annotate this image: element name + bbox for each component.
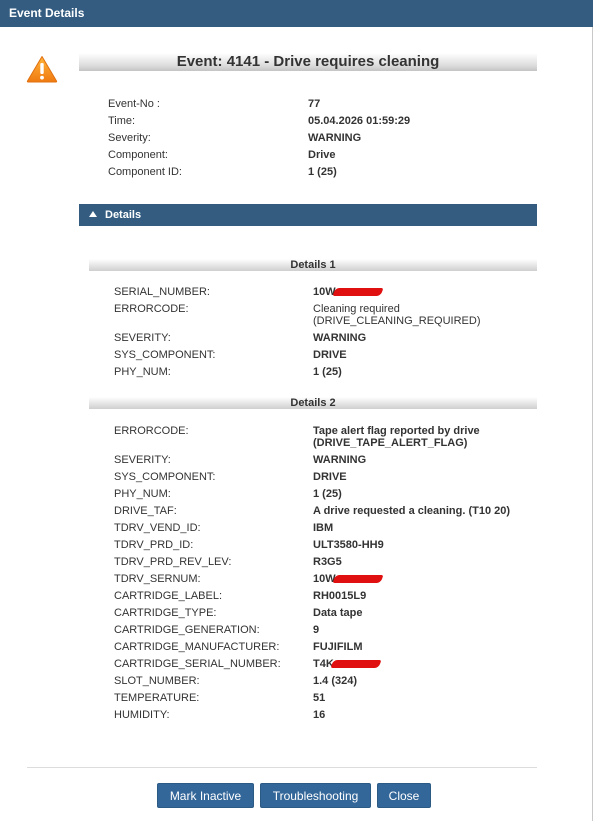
detail-label: CARTRIDGE_LABEL: bbox=[114, 590, 313, 602]
detail-label: PHY_NUM: bbox=[114, 366, 313, 378]
detail-row: SYS_COMPONENT:DRIVE bbox=[114, 349, 533, 366]
detail-row: CARTRIDGE_LABEL:RH0015L9 bbox=[114, 590, 533, 607]
detail-value-text: RH0015L9 bbox=[313, 590, 366, 602]
detail-value-text: 51 bbox=[313, 692, 325, 704]
detail-label: TDRV_SERNUM: bbox=[114, 573, 313, 585]
detail-label: CARTRIDGE_GENERATION: bbox=[114, 624, 313, 636]
detail-value: DRIVE bbox=[313, 349, 533, 361]
event-title: Event: 4141 - Drive requires cleaning bbox=[79, 53, 537, 71]
time-row: Time: 05.04.2026 01:59:29 bbox=[108, 113, 410, 130]
detail-label: ERRORCODE: bbox=[114, 425, 313, 449]
detail-row: HUMIDITY:16 bbox=[114, 709, 533, 726]
detail-row: CARTRIDGE_MANUFACTURER:FUJIFILM bbox=[114, 641, 533, 658]
detail-value: Cleaning required(DRIVE_CLEANING_REQUIRE… bbox=[313, 303, 533, 327]
close-button[interactable]: Close bbox=[377, 783, 431, 808]
detail-row: SYS_COMPONENT:DRIVE bbox=[114, 471, 533, 488]
detail-value-code: (DRIVE_TAPE_ALERT_FLAG) bbox=[313, 437, 467, 449]
troubleshooting-button[interactable]: Troubleshooting bbox=[260, 783, 371, 808]
detail-value: 10W bbox=[313, 573, 533, 585]
detail-value: T4K bbox=[313, 658, 533, 670]
detail-value: 1 (25) bbox=[313, 488, 533, 500]
severity-value: WARNING bbox=[308, 130, 361, 147]
detail-label: DRIVE_TAF: bbox=[114, 505, 313, 517]
detail-label: HUMIDITY: bbox=[114, 709, 313, 721]
field-label: Component ID: bbox=[108, 164, 308, 181]
details-2-list: ERRORCODE:Tape alert flag reported by dr… bbox=[114, 425, 533, 726]
detail-value-text: 1 (25) bbox=[313, 366, 342, 378]
detail-label: ERRORCODE: bbox=[114, 303, 313, 327]
detail-value: 16 bbox=[313, 709, 533, 721]
event-number-row: Event-No : 77 bbox=[108, 96, 410, 113]
detail-row: CARTRIDGE_SERIAL_NUMBER:T4K bbox=[114, 658, 533, 675]
warning-triangle-icon bbox=[26, 55, 58, 83]
redaction-mark bbox=[332, 575, 383, 583]
detail-value: WARNING bbox=[313, 454, 533, 466]
detail-value-text: 1.4 (324) bbox=[313, 675, 357, 687]
detail-value: FUJIFILM bbox=[313, 641, 533, 653]
detail-value: A drive requested a cleaning. (T10 20) bbox=[313, 505, 533, 517]
detail-row: ERRORCODE:Cleaning required(DRIVE_CLEANI… bbox=[114, 303, 533, 332]
field-label: Severity: bbox=[108, 130, 308, 147]
detail-label: CARTRIDGE_SERIAL_NUMBER: bbox=[114, 658, 313, 670]
detail-value-text: FUJIFILM bbox=[313, 641, 363, 653]
detail-value-text: R3G5 bbox=[313, 556, 342, 568]
component-value: Drive bbox=[308, 147, 336, 164]
detail-value: Tape alert flag reported by drive(DRIVE_… bbox=[313, 425, 533, 449]
detail-value: ULT3580-HH9 bbox=[313, 539, 533, 551]
severity-row: Severity: WARNING bbox=[108, 130, 410, 147]
detail-label: SEVERITY: bbox=[114, 332, 313, 344]
detail-row: CARTRIDGE_GENERATION:9 bbox=[114, 624, 533, 641]
detail-label: SEVERITY: bbox=[114, 454, 313, 466]
redaction-mark bbox=[330, 660, 381, 668]
detail-row: TDRV_PRD_ID:ULT3580-HH9 bbox=[114, 539, 533, 556]
collapse-triangle-icon bbox=[89, 211, 97, 217]
detail-label: TDRV_PRD_ID: bbox=[114, 539, 313, 551]
detail-row: PHY_NUM:1 (25) bbox=[114, 366, 533, 383]
detail-label: CARTRIDGE_MANUFACTURER: bbox=[114, 641, 313, 653]
detail-value: R3G5 bbox=[313, 556, 533, 568]
detail-value-text: A drive requested a cleaning. (T10 20) bbox=[313, 505, 510, 517]
detail-value-text: IBM bbox=[313, 522, 333, 534]
detail-label: SLOT_NUMBER: bbox=[114, 675, 313, 687]
mark-inactive-button[interactable]: Mark Inactive bbox=[157, 783, 254, 808]
footer-divider bbox=[27, 767, 537, 768]
detail-value: DRIVE bbox=[313, 471, 533, 483]
event-number-value: 77 bbox=[308, 96, 320, 113]
detail-row: SEVERITY:WARNING bbox=[114, 332, 533, 349]
detail-value-text: DRIVE bbox=[313, 471, 347, 483]
detail-row: SEVERITY:WARNING bbox=[114, 454, 533, 471]
detail-value: 9 bbox=[313, 624, 533, 636]
detail-row: CARTRIDGE_TYPE:Data tape bbox=[114, 607, 533, 624]
field-label: Component: bbox=[108, 147, 308, 164]
detail-row: TDRV_PRD_REV_LEV:R3G5 bbox=[114, 556, 533, 573]
detail-label: TEMPERATURE: bbox=[114, 692, 313, 704]
detail-value-text: 9 bbox=[313, 624, 319, 636]
detail-value: RH0015L9 bbox=[313, 590, 533, 602]
detail-row: PHY_NUM:1 (25) bbox=[114, 488, 533, 505]
detail-value: 1 (25) bbox=[313, 366, 533, 378]
detail-label: SERIAL_NUMBER: bbox=[114, 286, 313, 298]
detail-value-text: WARNING bbox=[313, 332, 366, 344]
detail-value-code: (DRIVE_CLEANING_REQUIRED) bbox=[313, 315, 480, 327]
time-value: 05.04.2026 01:59:29 bbox=[308, 113, 410, 130]
details-toggle[interactable]: Details bbox=[79, 204, 537, 226]
component-row: Component: Drive bbox=[108, 147, 410, 164]
detail-value-text: WARNING bbox=[313, 454, 366, 466]
event-details-dialog: Event Details Event: 4141 - Drive requir… bbox=[0, 0, 593, 821]
detail-label: SYS_COMPONENT: bbox=[114, 471, 313, 483]
detail-label: PHY_NUM: bbox=[114, 488, 313, 500]
detail-value: 1.4 (324) bbox=[313, 675, 533, 687]
detail-value-text: DRIVE bbox=[313, 349, 347, 361]
details-1-header: Details 1 bbox=[89, 259, 537, 271]
detail-value-text: 16 bbox=[313, 709, 325, 721]
detail-row: ERRORCODE:Tape alert flag reported by dr… bbox=[114, 425, 533, 454]
details-2-header: Details 2 bbox=[89, 397, 537, 409]
detail-value: 10W bbox=[313, 286, 533, 298]
detail-row: DRIVE_TAF:A drive requested a cleaning. … bbox=[114, 505, 533, 522]
detail-label: SYS_COMPONENT: bbox=[114, 349, 313, 361]
detail-row: TDRV_VEND_ID:IBM bbox=[114, 522, 533, 539]
detail-row: TEMPERATURE:51 bbox=[114, 692, 533, 709]
detail-row: SERIAL_NUMBER:10W bbox=[114, 286, 533, 303]
detail-label: CARTRIDGE_TYPE: bbox=[114, 607, 313, 619]
detail-label: TDRV_PRD_REV_LEV: bbox=[114, 556, 313, 568]
detail-value: 51 bbox=[313, 692, 533, 704]
component-id-value: 1 (25) bbox=[308, 164, 337, 181]
field-label: Event-No : bbox=[108, 96, 308, 113]
field-label: Time: bbox=[108, 113, 308, 130]
component-id-row: Component ID: 1 (25) bbox=[108, 164, 410, 181]
detail-row: SLOT_NUMBER:1.4 (324) bbox=[114, 675, 533, 692]
detail-value: Data tape bbox=[313, 607, 533, 619]
detail-value: WARNING bbox=[313, 332, 533, 344]
detail-label: TDRV_VEND_ID: bbox=[114, 522, 313, 534]
redaction-mark bbox=[332, 288, 383, 296]
detail-value-text: Data tape bbox=[313, 607, 363, 619]
detail-value-text: 10W bbox=[313, 286, 336, 298]
detail-value: IBM bbox=[313, 522, 533, 534]
details-toggle-label: Details bbox=[105, 209, 141, 221]
detail-value-text: ULT3580-HH9 bbox=[313, 539, 384, 551]
detail-row: TDRV_SERNUM:10W bbox=[114, 573, 533, 590]
detail-value-text: Cleaning required bbox=[313, 303, 400, 315]
detail-value-text: Tape alert flag reported by drive bbox=[313, 425, 480, 437]
details-1-list: SERIAL_NUMBER:10WERRORCODE:Cleaning requ… bbox=[114, 286, 533, 383]
event-summary: Event-No : 77 Time: 05.04.2026 01:59:29 … bbox=[108, 96, 410, 181]
dialog-titlebar: Event Details bbox=[0, 0, 593, 27]
detail-value-text: 1 (25) bbox=[313, 488, 342, 500]
detail-value-text: 10W bbox=[313, 573, 336, 585]
